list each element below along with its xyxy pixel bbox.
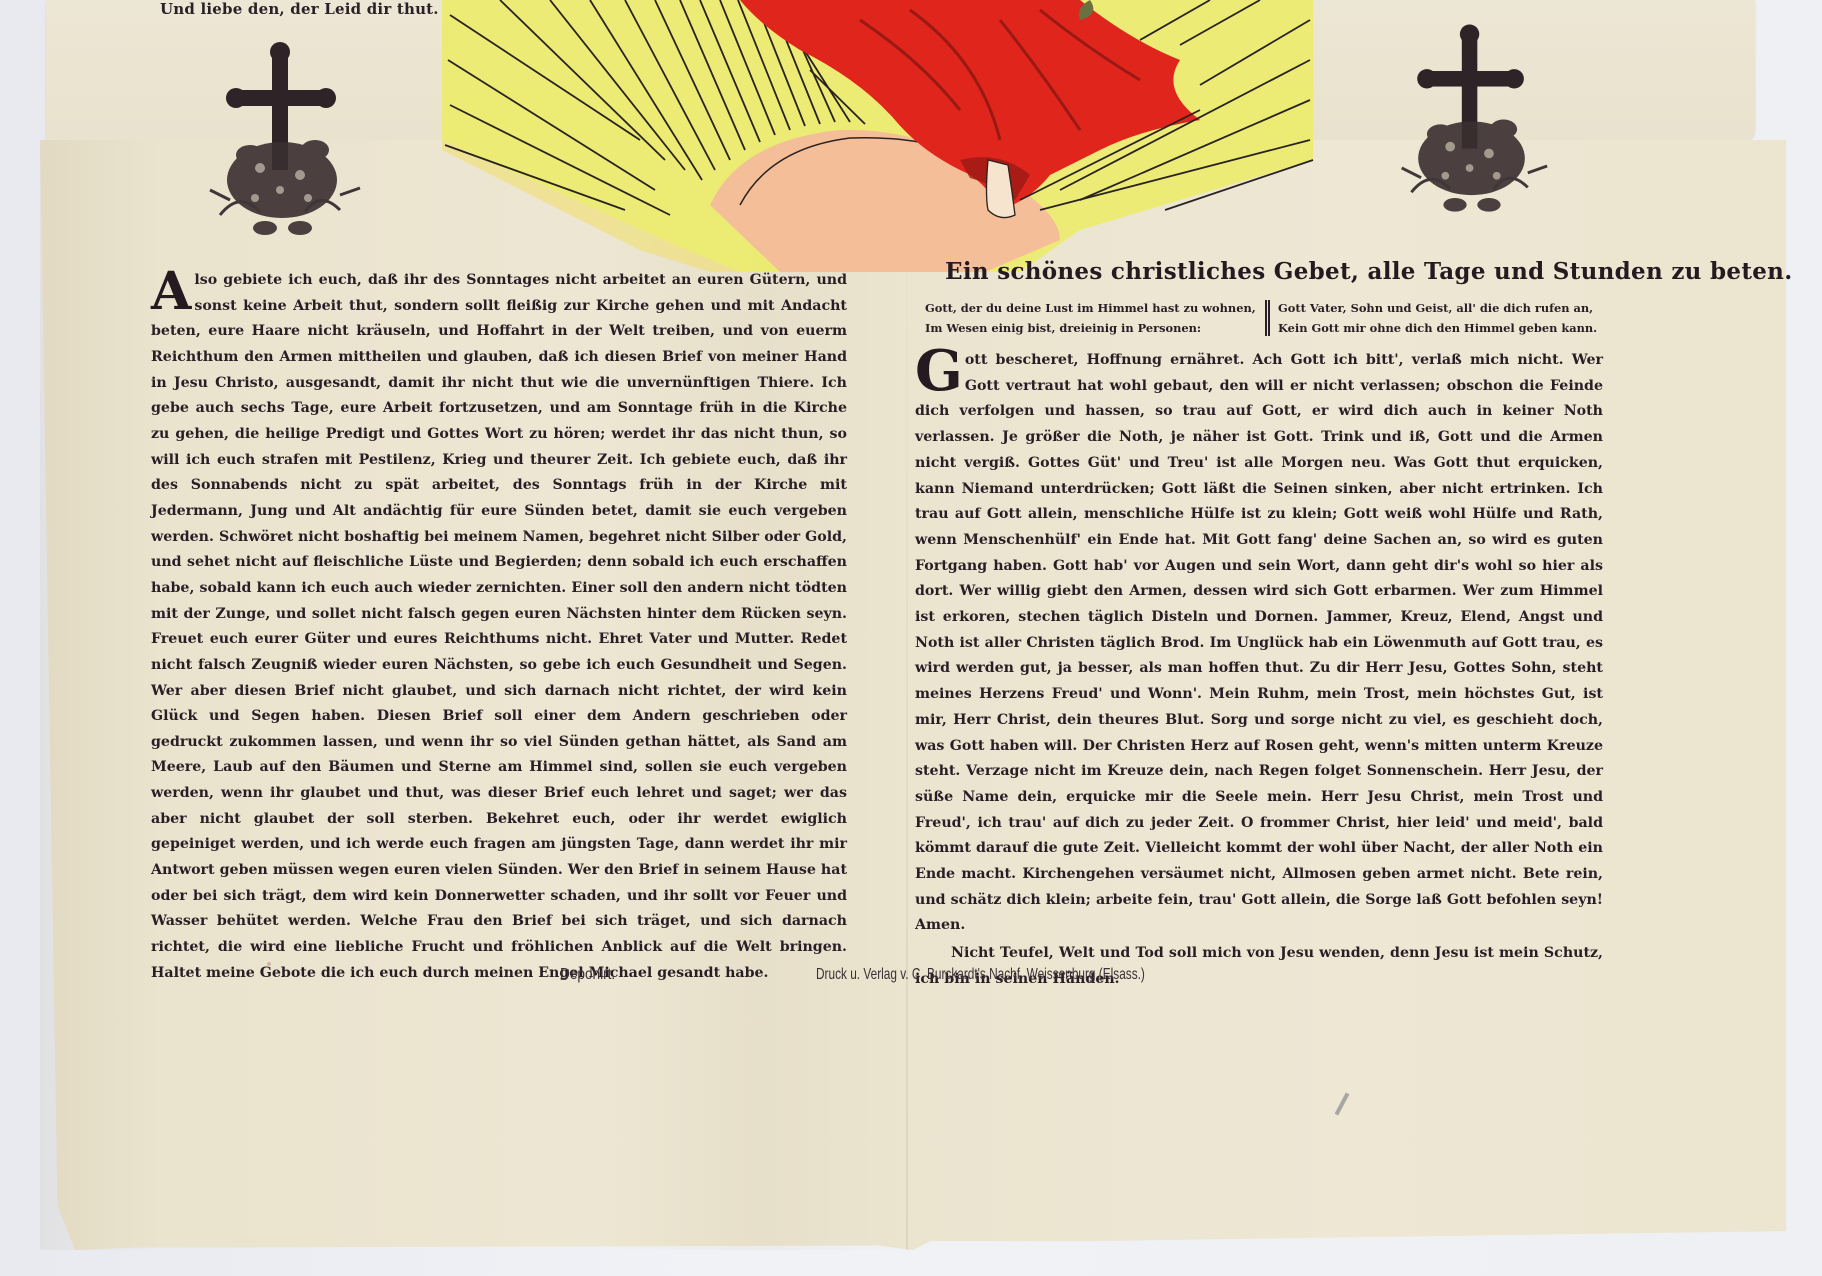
- letter-body: lso gebiete ich euch, daß ihr des Sonnta…: [151, 268, 847, 986]
- double-rule-divider: [1265, 300, 1270, 336]
- prayer-verse-block: Gott, der du deine Lust im Himmel hast z…: [925, 298, 1605, 342]
- top-verse-fragment: Und liebe den, der Leid dir thut.: [160, 0, 439, 18]
- dropcap-g: G: [915, 348, 963, 394]
- prayer-line: Kein Gott mir ohne dich den Himmel geben…: [1278, 318, 1597, 338]
- prayer-heading: Ein schönes christliches Gebet, alle Tag…: [945, 258, 1595, 285]
- paper-speck: [267, 962, 271, 966]
- sun-and-robed-figure-illustration: [440, 0, 1315, 272]
- fold-shadow-left: [40, 140, 160, 1250]
- vertical-fold-line: [906, 140, 908, 1250]
- prayer-verse-left: Gott, der du deine Lust im Himmel hast z…: [925, 298, 1263, 342]
- deposit-notice: Deponirt.: [560, 966, 615, 984]
- right-cross-ornament: [1392, 22, 1552, 217]
- prayer-text: G ott bescheret, Hoffnung ernähret. Ach …: [915, 348, 1603, 993]
- prayer-verse-right: Gott Vater, Sohn und Geist, all' die dic…: [1278, 298, 1597, 342]
- prayer-line: Gott Vater, Sohn und Geist, all' die dic…: [1278, 298, 1597, 318]
- prayer-body: ott bescheret, Hoffnung ernähret. Ach Go…: [915, 348, 1603, 939]
- heavenly-letter-text: A lso gebiete ich euch, daß ihr des Sonn…: [151, 268, 847, 986]
- dropcap-a: A: [151, 270, 191, 314]
- left-cross-ornament: [200, 40, 365, 240]
- prayer-line: Gott, der du deine Lust im Himmel hast z…: [925, 298, 1263, 318]
- printer-imprint: Druck u. Verlag v. C. Burckardt's Nachf.…: [816, 966, 1145, 984]
- prayer-line: Im Wesen einig bist, dreieinig in Person…: [925, 318, 1263, 338]
